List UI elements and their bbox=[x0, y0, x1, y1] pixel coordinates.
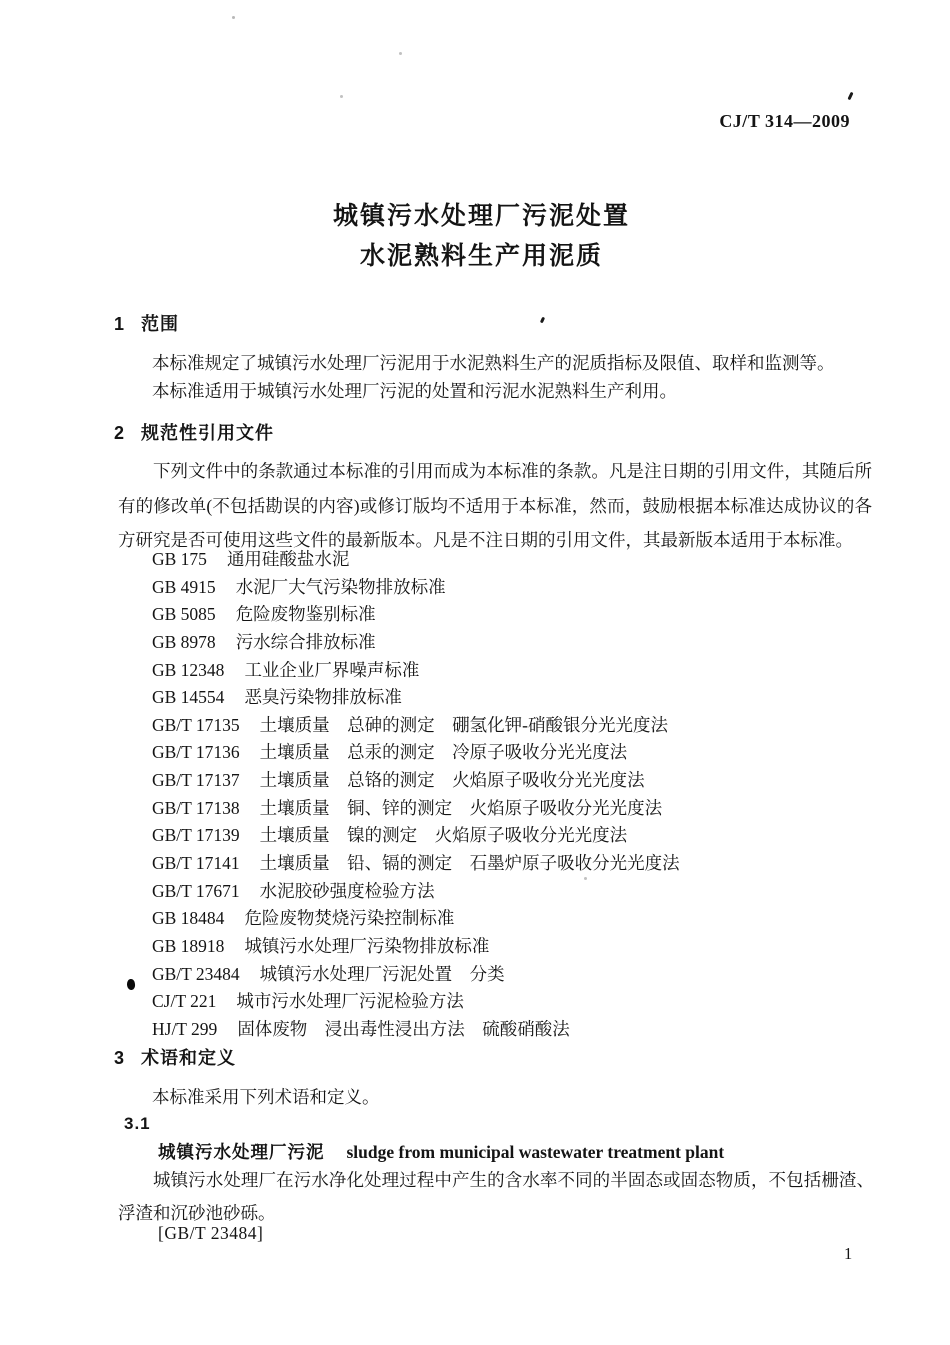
reference-item: GB 18484危险废物焚烧污染控制标准 bbox=[152, 905, 680, 933]
section2-number: 2 bbox=[114, 423, 124, 445]
reference-item: GB 8978污水综合排放标准 bbox=[152, 629, 680, 657]
reference-code: GB 12348 bbox=[152, 660, 224, 680]
term-line: 城镇污水处理厂污泥sludge from municipal wastewate… bbox=[158, 1139, 724, 1164]
reference-code: GB/T 17139 bbox=[152, 825, 240, 845]
section1-para1: 本标准规定了城镇污水处理厂污泥用于水泥熟料生产的泥质指标及限值、取样和监测等。 bbox=[152, 352, 835, 375]
reference-title: 恶臭污染物排放标准 bbox=[244, 687, 402, 707]
reference-code: GB 18918 bbox=[152, 936, 224, 956]
section2-heading-text: 规范性引用文件 bbox=[141, 423, 274, 443]
section1-heading-text: 范围 bbox=[141, 314, 179, 334]
term-english: sludge from municipal wastewater treatme… bbox=[347, 1142, 725, 1162]
scan-speck bbox=[232, 16, 235, 19]
section3-intro: 本标准采用下列术语和定义。 bbox=[152, 1086, 380, 1109]
reference-title: 土壤质量 铅、镉的测定 石墨炉原子吸收分光光度法 bbox=[260, 853, 680, 873]
doc-title-line1: 城镇污水处理厂污泥处置 bbox=[0, 196, 950, 236]
scan-tick-mark bbox=[540, 317, 545, 324]
reference-item: GB 18918城镇污水处理厂污染物排放标准 bbox=[152, 933, 680, 961]
section3-number: 3 bbox=[114, 1048, 124, 1070]
page-number: 1 bbox=[844, 1244, 852, 1264]
source-reference: [GB/T 23484] bbox=[158, 1223, 263, 1244]
reference-title: 土壤质量 总汞的测定 冷原子吸收分光光度法 bbox=[260, 742, 628, 762]
reference-code: GB/T 17135 bbox=[152, 715, 240, 735]
reference-item: GB/T 17136土壤质量 总汞的测定 冷原子吸收分光光度法 bbox=[152, 739, 680, 767]
reference-item: GB 175通用硅酸盐水泥 bbox=[152, 546, 680, 574]
scan-speck bbox=[584, 877, 587, 880]
reference-title: 危险废物鉴别标准 bbox=[236, 604, 376, 624]
reference-title: 危险废物焚烧污染控制标准 bbox=[244, 908, 454, 928]
scan-speck bbox=[399, 52, 402, 55]
reference-title: 通用硅酸盐水泥 bbox=[227, 549, 350, 569]
reference-item: GB 14554恶臭污染物排放标准 bbox=[152, 684, 680, 712]
reference-code: GB/T 17141 bbox=[152, 853, 240, 873]
reference-item: GB/T 17138土壤质量 铜、锌的测定 火焰原子吸收分光光度法 bbox=[152, 795, 680, 823]
section1-number: 1 bbox=[114, 314, 124, 336]
document-page: { "page": { "doc_code": "CJ/T 314—2009",… bbox=[0, 0, 950, 1345]
reference-code: GB/T 23484 bbox=[152, 964, 240, 984]
reference-item: CJ/T 221城市污水处理厂污泥检验方法 bbox=[152, 988, 680, 1016]
reference-code: GB/T 17671 bbox=[152, 881, 240, 901]
reference-item: GB/T 23484城镇污水处理厂污泥处置 分类 bbox=[152, 961, 680, 989]
doc-title: 城镇污水处理厂污泥处置 水泥熟料生产用泥质 bbox=[0, 196, 950, 276]
term-definition: 城镇污水处理厂在污水净化处理过程中产生的含水率不同的半固态或固态物质，不包括栅渣… bbox=[118, 1164, 874, 1230]
reference-item: GB/T 17135土壤质量 总砷的测定 硼氢化钾-硝酸银分光光度法 bbox=[152, 712, 680, 740]
section2-intro: 下列文件中的条款通过本标准的引用而成为本标准的条款。凡是注日期的引用文件，其随后… bbox=[118, 454, 872, 558]
reference-title: 土壤质量 铜、锌的测定 火焰原子吸收分光光度法 bbox=[260, 798, 663, 818]
reference-list: GB 175通用硅酸盐水泥 GB 4915水泥厂大气污染物排放标准 GB 508… bbox=[152, 546, 680, 1044]
term-chinese: 城镇污水处理厂污泥 bbox=[158, 1142, 325, 1162]
scan-tick-mark bbox=[847, 92, 853, 101]
reference-item: GB/T 17137土壤质量 总铬的测定 火焰原子吸收分光光度法 bbox=[152, 767, 680, 795]
reference-code: CJ/T 221 bbox=[152, 991, 216, 1011]
reference-code: GB/T 17137 bbox=[152, 770, 240, 790]
section3-heading-text: 术语和定义 bbox=[141, 1048, 236, 1068]
section1-heading: 1范围 bbox=[114, 314, 179, 336]
reference-title: 城镇污水处理厂污泥处置 分类 bbox=[260, 964, 505, 984]
reference-code: GB 14554 bbox=[152, 687, 224, 707]
doc-code: CJ/T 314—2009 bbox=[719, 111, 850, 132]
section1-para2: 本标准适用于城镇污水处理厂污泥的处置和污泥水泥熟料生产利用。 bbox=[152, 380, 677, 403]
reference-item: GB 4915水泥厂大气污染物排放标准 bbox=[152, 574, 680, 602]
reference-title: 工业企业厂界噪声标准 bbox=[244, 660, 419, 680]
reference-item: GB/T 17671水泥胶砂强度检验方法 bbox=[152, 878, 680, 906]
reference-item: HJ/T 299固体废物 浸出毒性浸出方法 硫酸硝酸法 bbox=[152, 1016, 680, 1044]
reference-code: GB 18484 bbox=[152, 908, 224, 928]
reference-code: GB 4915 bbox=[152, 577, 216, 597]
section2-heading: 2规范性引用文件 bbox=[114, 423, 274, 445]
reference-code: HJ/T 299 bbox=[152, 1019, 217, 1039]
reference-title: 城市污水处理厂污泥检验方法 bbox=[236, 991, 464, 1011]
reference-code: GB/T 17138 bbox=[152, 798, 240, 818]
doc-title-line2: 水泥熟料生产用泥质 bbox=[0, 236, 950, 276]
reference-title: 污水综合排放标准 bbox=[236, 632, 376, 652]
reference-title: 土壤质量 镍的测定 火焰原子吸收分光光度法 bbox=[260, 825, 628, 845]
reference-code: GB 8978 bbox=[152, 632, 216, 652]
reference-title: 土壤质量 总铬的测定 火焰原子吸收分光光度法 bbox=[260, 770, 645, 790]
section3-heading: 3术语和定义 bbox=[114, 1048, 236, 1070]
reference-title: 水泥胶砂强度检验方法 bbox=[260, 881, 435, 901]
reference-code: GB/T 17136 bbox=[152, 742, 240, 762]
reference-code: GB 5085 bbox=[152, 604, 216, 624]
reference-item: GB 12348工业企业厂界噪声标准 bbox=[152, 657, 680, 685]
ink-blot-mark bbox=[126, 978, 135, 990]
reference-item: GB 5085危险废物鉴别标准 bbox=[152, 601, 680, 629]
scan-speck bbox=[340, 95, 343, 98]
reference-title: 固体废物 浸出毒性浸出方法 硫酸硝酸法 bbox=[237, 1019, 570, 1039]
reference-title: 土壤质量 总砷的测定 硼氢化钾-硝酸银分光光度法 bbox=[260, 715, 668, 735]
clause-number: 3.1 bbox=[124, 1114, 151, 1134]
reference-item: GB/T 17139土壤质量 镍的测定 火焰原子吸收分光光度法 bbox=[152, 822, 680, 850]
reference-code: GB 175 bbox=[152, 549, 207, 569]
reference-title: 水泥厂大气污染物排放标准 bbox=[236, 577, 446, 597]
reference-item: GB/T 17141土壤质量 铅、镉的测定 石墨炉原子吸收分光光度法 bbox=[152, 850, 680, 878]
reference-title: 城镇污水处理厂污染物排放标准 bbox=[244, 936, 489, 956]
